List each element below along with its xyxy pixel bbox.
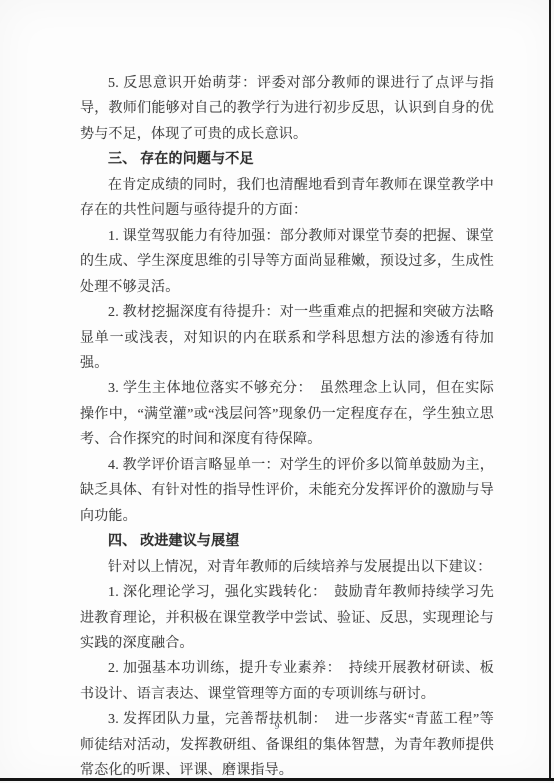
scan-edge-bottom — [0, 778, 554, 781]
body-paragraph: 4. 教学评价语言略显单一：对学生的评价多以简单鼓励为主，缺乏具体、有针对性的指… — [80, 453, 494, 529]
body-paragraph: 3. 发挥团队力量，完善帮扶机制： 进一步落实“青蓝工程”等师徒结对活动，发挥教… — [80, 707, 494, 783]
body-paragraph: 2. 加强基本功训练，提升专业素养： 持续开展教材研读、板书设计、语言表达、课堂… — [80, 656, 494, 707]
section-heading: 三、 存在的问题与不足 — [80, 147, 494, 172]
body-paragraph: 1. 课堂驾驭能力有待加强：部分教师对课堂节奏的把握、课堂的生成、学生深度思维的… — [80, 224, 494, 300]
body-paragraph: 针对以上情况，对青年教师的后续培养与发展提出以下建议： — [80, 555, 494, 580]
section-heading: 四、 改进建议与展望 — [80, 529, 494, 554]
document-body: 5. 反思意识开始萌芽：评委对部分教师的课进行了点评与指导，教师们能够对自己的教… — [80, 71, 494, 783]
page-number: 9 — [0, 721, 554, 731]
body-paragraph: 2. 教材挖掘深度有待提升：对一些重难点的把握和突破方法略显单一或浅表，对知识的… — [80, 300, 494, 376]
body-paragraph: 1. 深化理论学习，强化实践转化： 鼓励青年教师持续学习先进教育理论，并积极在课… — [80, 580, 494, 656]
body-paragraph: 在肯定成绩的同时，我们也清醒地看到青年教师在课堂教学中存在的共性问题与亟待提升的… — [80, 173, 494, 224]
scan-edge-right — [549, 0, 551, 778]
document-page: 5. 反思意识开始萌芽：评委对部分教师的课进行了点评与指导，教师们能够对自己的教… — [0, 0, 554, 783]
body-paragraph: 5. 反思意识开始萌芽：评委对部分教师的课进行了点评与指导，教师们能够对自己的教… — [80, 71, 494, 147]
body-paragraph: 3. 学生主体地位落实不够充分： 虽然理念上认同，但在实际操作中，“满堂灌”或“… — [80, 376, 494, 452]
